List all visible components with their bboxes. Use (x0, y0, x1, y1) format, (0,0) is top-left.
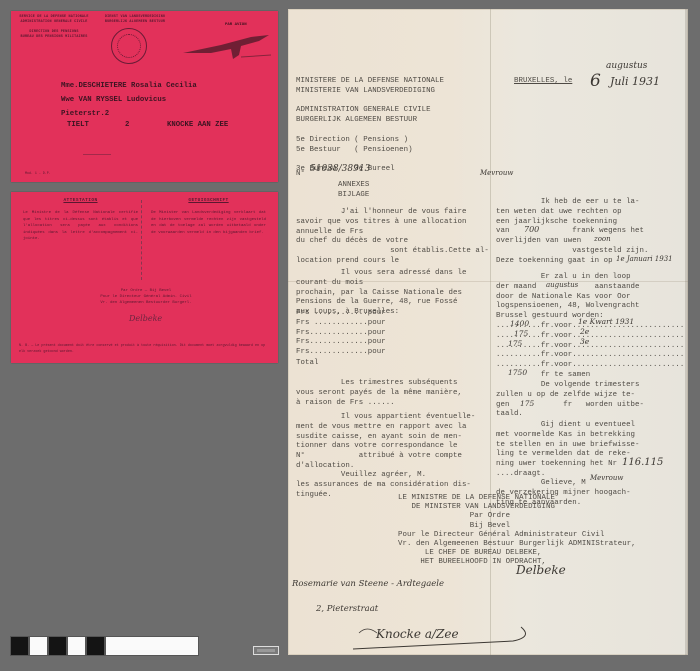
scale-patch-black (86, 636, 105, 656)
relation-handwritten: zoon (594, 235, 611, 243)
french-paragraph-3: Les trimestres subséquentsvous seront pa… (296, 379, 462, 408)
reference-prefix: N° (296, 170, 305, 180)
payment-total-handwritten: 1750 (508, 368, 527, 377)
scale-patch-white-long (105, 636, 199, 656)
card-footer: Mod. 1 - D.P. (25, 171, 51, 175)
annual-amount-handwritten: 700 (524, 225, 539, 234)
divider (141, 200, 142, 280)
french-total: Total (296, 359, 318, 369)
paper-edge (685, 9, 688, 655)
recipient-street-handwritten: 2, Pieterstraat (316, 604, 378, 614)
pension-card-front: SERVICE DE LA DEFENSE NATIONALE ADMINIST… (11, 11, 278, 182)
ruler-tag-icon (253, 646, 279, 655)
payment-1-amount: 1400 (510, 319, 529, 328)
place-label: BRUXELLES, le (514, 77, 572, 87)
date-day: 6 (590, 71, 601, 91)
start-date-handwritten: 1e Januari 1931 (616, 255, 673, 263)
recipient-name-handwritten: Rosemarie van Steene - Ardtegaele (292, 579, 444, 589)
airmail-label: PAR AVION (225, 23, 247, 27)
signature-block: LE MINISTRE DE LA DEFENSE NATIONALE DE M… (398, 494, 636, 568)
attestation-dutch: GETUIGSCHRIFT De Minister van Landsverde… (151, 198, 266, 236)
date-month-year: Juli 1931 (610, 75, 660, 88)
quarterly-amount-handwritten: 175 (520, 399, 534, 408)
french-paragraph-1: J'ai l'honneur de vous fairesavoir que v… (296, 208, 489, 267)
closing-salutation-handwritten: Mevrouw (590, 474, 623, 482)
french-paragraph-4: Il vous appartient éventuelle-ment de vo… (296, 413, 475, 472)
salutation-handwritten: Mevrouw (480, 169, 513, 177)
handwriting-flourish (343, 621, 543, 653)
payment-2-amount: 175 (514, 329, 528, 338)
payment-2-period: 2e (580, 327, 589, 336)
order-block: Par Ordre — Bij Bevel Pour le Directeur … (71, 288, 221, 306)
reference-number: 51038/38913 (310, 164, 370, 174)
attestation-french: ATTESTATION Le Ministre de la Défense Na… (23, 198, 138, 242)
payment-1-period: 1e Kwart 1931 (578, 317, 634, 326)
payment-3-amount: 175 (508, 339, 522, 348)
scale-patch-black (48, 636, 67, 656)
card-header: SERVICE DE LA DEFENSE NATIONALE ADMINIST… (11, 11, 278, 61)
scale-patch-white (29, 636, 48, 656)
french-payments-list: Frs ............pourFrs ............pour… (296, 309, 386, 358)
annexes-label: ANNEXESBIJLAGE (338, 181, 369, 201)
card-header-mid: DIENST VAN LANDSVERDEDIGING BURGERLIJK A… (95, 15, 175, 25)
card-header-left: SERVICE DE LA DEFENSE NATIONALE ADMINIST… (15, 15, 93, 40)
card-signature: Delbeke (129, 314, 162, 323)
account-number-handwritten: 116.115 (622, 457, 663, 468)
dutch-paragraph-3: De volgende trimesterszullen u op de zel… (496, 381, 644, 420)
airplane-icon (181, 33, 273, 63)
pension-letter: MINISTERE DE LA DEFENSE NATIONALEMINISTE… (288, 9, 688, 655)
payment-3-period: 3e (580, 337, 589, 346)
recipient-address: Mme.DESCHIETERE Rosalia CeciliaWwe VAN R… (61, 79, 197, 121)
card-back-footer: N. B. — Le présent document doit être co… (19, 344, 271, 355)
scale-patch-white (67, 636, 86, 656)
pension-card-back: ATTESTATION Le Ministre de la Défense Na… (11, 192, 278, 363)
date-month-handwritten: augustus (606, 61, 647, 71)
dutch-paragraph-4: Gij dient u eventueelmet voormelde Kas i… (496, 421, 640, 480)
letter-header: MINISTERE DE LA DEFENSE NATIONALEMINISTE… (296, 77, 444, 175)
divider (83, 154, 111, 155)
color-reference-scale (10, 636, 199, 656)
official-signature: Delbeke (516, 563, 566, 577)
payment-month-handwritten: augustus (546, 281, 578, 289)
scale-patch-black (10, 636, 29, 656)
postmark-stamp-icon (111, 28, 147, 64)
